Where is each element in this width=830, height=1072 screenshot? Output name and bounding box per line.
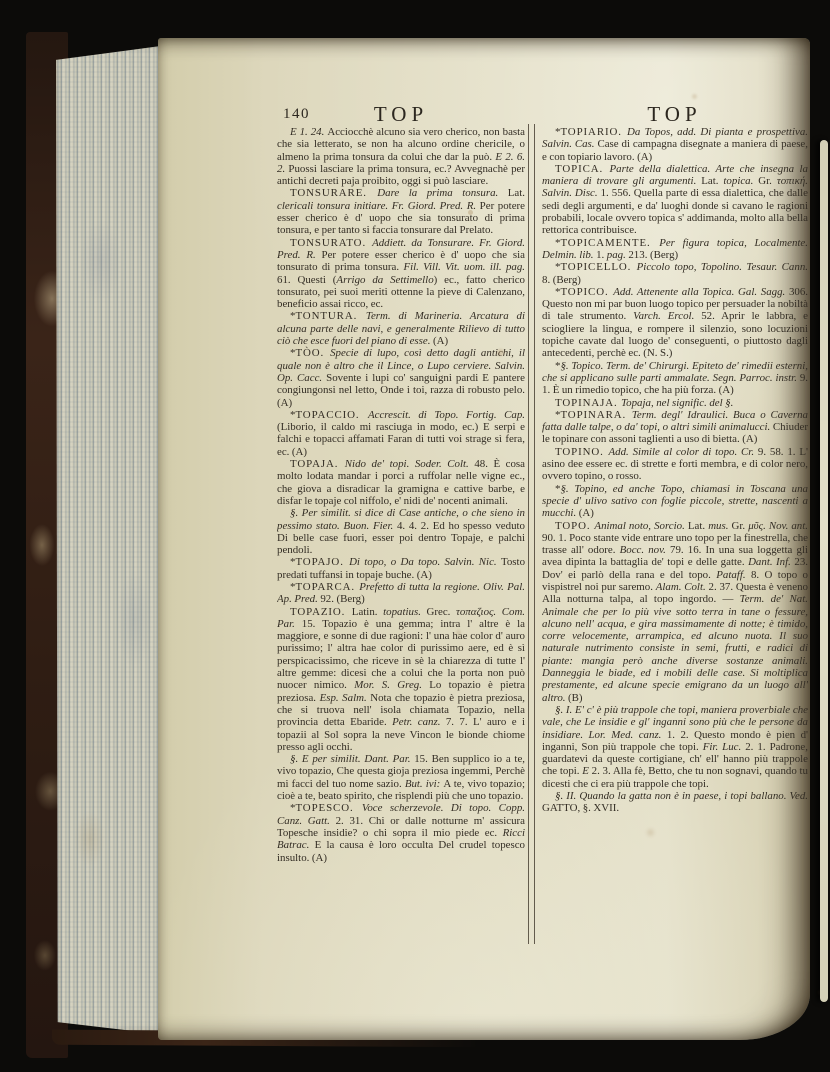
entry-headword: TOPAJO. [295,556,349,568]
entry-text: Lat. [688,520,708,532]
dictionary-entry: §. Per similit. si dice di Case antiche,… [277,507,525,556]
entry-text: clericali tonsura initiare. Fr. Giord. P… [277,200,480,212]
entry-text: topatius. [383,606,426,618]
book-page: 140 TOP TOP E 1. 24. Acciocchè alcuno si… [158,38,810,1040]
entry-text: Dare la prima tonsura. [377,187,507,199]
entry-headword: TONSURARE. [290,187,377,199]
entry-text: Lat. [508,187,525,199]
entry-text: 1. [596,249,607,261]
text-column-right: *TOPIARIO. Da Topos, add. Di pianta e pr… [542,126,808,954]
entry-text: E [582,765,591,777]
entry-text: §. II. Quando la gatta non è in paese, i… [555,790,808,802]
running-head-text-right: TOP [541,102,808,127]
entry-text: Mor. S. Greg. [354,679,429,691]
entry-headword: TOPAZIO. [290,606,352,618]
dictionary-entry: TOPINAJA. Topaja, nel signific. del §. [542,397,808,409]
entry-text: Add. Simile al color di topo. Cr. [609,446,758,458]
dictionary-entry: *TOPICO. Add. Attenente alla Topica. Gal… [542,286,808,360]
page-stack-fore-edge [56,42,168,1038]
dictionary-entry: TOPINO. Add. Simile al color di topo. Cr… [542,446,808,483]
entry-text: Varch. Ercol. [633,310,701,322]
entry-text: Piccolo topo, Topolino. Tesaur. Cann. [637,261,808,273]
entry-text: Nido de' topi. Soder. Colt. [345,458,475,470]
entry-text: Accrescit. di Topo. Fortig. Cap. [368,409,525,421]
entry-text: mus. [708,520,731,532]
dictionary-entry: TOPICA. Parte della dialettica. Arte che… [542,163,808,237]
running-head-text-left: TOP [277,102,525,127]
running-head-left: 140 TOP [277,102,525,126]
entry-text: Pataff. [716,569,751,581]
entry-headword: TOPICO. [560,286,613,298]
entry-text: §. E per similit. Dant. Par. [290,753,414,765]
entry-text: Dant. Inf. [748,556,794,568]
entry-headword: TOPINO. [555,446,609,458]
dictionary-entry: *TOPARCA. Prefetto di tutta la regione. … [277,581,525,606]
dictionary-entry: —*TONTURA. Term. di Marineria. Arcatura … [277,310,525,347]
dictionary-entry: §. E per similit. Dant. Par. 15. Ben sup… [277,753,525,802]
entry-text: Esp. Salm. [320,692,371,704]
page-number: 140 [283,106,310,123]
entry-text: But. ivi: [405,778,444,790]
entry-headword: TOPAJA. [290,458,345,470]
dictionary-entry: *TOPAJO. Di topo, o Da topo. Salvin. Nic… [277,556,525,581]
column-divider-double-rule [528,124,535,944]
entry-text: 92. (Berg) [320,593,364,605]
dictionary-entry: *TOPESCO. Voce scherzevole. Di topo. Cop… [277,802,525,863]
dictionary-entry: *TOPINARA. Term. degl' Idraulici. Buca o… [542,409,808,446]
entry-headword: TOPINARA. [560,409,631,421]
entry-text: μῦς. Nov. ant. [748,520,808,532]
entry-text: E la causa è loro occulta Del crudel top… [277,839,525,863]
dictionary-entry: TOPAJA. Nido de' topi. Soder. Colt. 48. … [277,458,525,507]
entry-text: E 1. 24. [290,126,327,138]
entry-text: Add. Attenente alla Topica. Gal. Sagg. [613,286,789,298]
entry-text: Alam. Colt. [656,581,709,593]
entry-text: Fir. Luc. [703,741,746,753]
entry-headword: TOPICAMENTE. [560,237,659,249]
entry-text: Fil. Vill. Vit. uom. ill. pag. [403,261,525,273]
entry-headword: TONTURA. [295,310,365,322]
entry-text: Puossi lasciare la prima tonsura, ec.? A… [277,163,525,187]
scanned-book-photo: { "document": { "type": "scanned diction… [0,0,830,1072]
entry-headword: TOPICA. [555,163,610,175]
dictionary-entry: TOPAZIO. Latin. topatius. Grec. τοπαζιος… [277,606,525,754]
entry-headword: TOPESCO. [295,802,361,814]
entry-text: 61. Questi ( [277,274,336,286]
entry-text: Term. de' Nat. Animale che per lo più vi… [542,593,808,703]
entry-headword: TOPINAJA. [555,397,621,409]
entry-text: Latin. [352,606,383,618]
entry-text: Gr. [732,520,749,532]
dictionary-entry: TONSURARE. Dare la prima tonsura. Lat. c… [277,187,525,236]
dictionary-entry: *TOPIARIO. Da Topos, add. Di pianta e pr… [542,126,808,163]
dictionary-entry: *§. Topino, ed anche Topo, chiamasi in T… [542,483,808,520]
entry-text: Grec. [427,606,456,618]
dictionary-entry: *TOPACCIO. Accrescit. di Topo. Fortig. C… [277,409,525,458]
entry-text: (A) [433,335,448,347]
entry-text: Di topo, o Da topo. Salvin. Nic. [349,556,501,568]
entry-text: §. Topico. Term. de' Chirurgi. Epiteto d… [542,360,808,384]
facing-page-edge-sliver [820,140,828,1002]
entry-headword: TOPACCIO. [295,409,368,421]
entry-text: Petr. canz. [392,716,446,728]
running-head-right: TOP [541,102,808,126]
entry-text: Topaja, nel signific. del §. [621,397,733,409]
dictionary-entry: *TOPICAMENTE. Per figura topica, Localme… [542,237,808,262]
dictionary-entry: *§. Topico. Term. de' Chirurgi. Epiteto … [542,360,808,397]
entry-headword: TÒO. [295,347,330,359]
entry-text: topica. [723,175,758,187]
dictionary-entry: *TOPICELLO. Piccolo topo, Topolino. Tesa… [542,261,808,286]
dictionary-entry: TONSURATO. Addiett. da Tonsurare. Fr. Gi… [277,237,525,311]
entry-text: Lat. [701,175,723,187]
entry-headword: TOPO. [555,520,594,532]
entry-text: (Liborio, il caldo mi rasciuga in modo, … [277,421,525,458]
entry-text: (B) [568,692,583,704]
entry-headword: TOPARCA. [295,581,359,593]
entry-text: pag. [607,249,629,261]
foxing-stain [468,210,473,215]
entry-text: 8. (Berg) [542,274,581,286]
entry-text: 213. (Berg) [628,249,678,261]
entry-text: Arrigo da Settimello [336,274,433,286]
entry-text: Bocc. nov. [620,544,670,556]
dictionary-entry: TOPO. Animal noto, Sorcio. Lat. mus. Gr.… [542,520,808,704]
dictionary-entry: E 1. 24. Acciocchè alcuno sia vero cheri… [277,126,525,187]
text-column-left: E 1. 24. Acciocchè alcuno sia vero cheri… [277,126,525,946]
dictionary-entry: *TÒO. Specie di lupo, così detto dagli a… [277,347,525,408]
entry-headword: TONSURATO. [290,237,372,249]
dictionary-entry: §. II. Quando la gatta non è in paese, i… [542,790,808,815]
entry-headword: TOPIARIO. [560,126,627,138]
entry-text: (A) [579,507,594,519]
dictionary-entry: §. I. E' c' è più trappole che topi, man… [542,704,808,790]
entry-headword: TOPICELLO. [560,261,636,273]
entry-text: Animal noto, Sorcio. [594,520,687,532]
entry-text: Gr. [758,175,777,187]
entry-text: GATTO, §. XVII. [542,802,619,814]
